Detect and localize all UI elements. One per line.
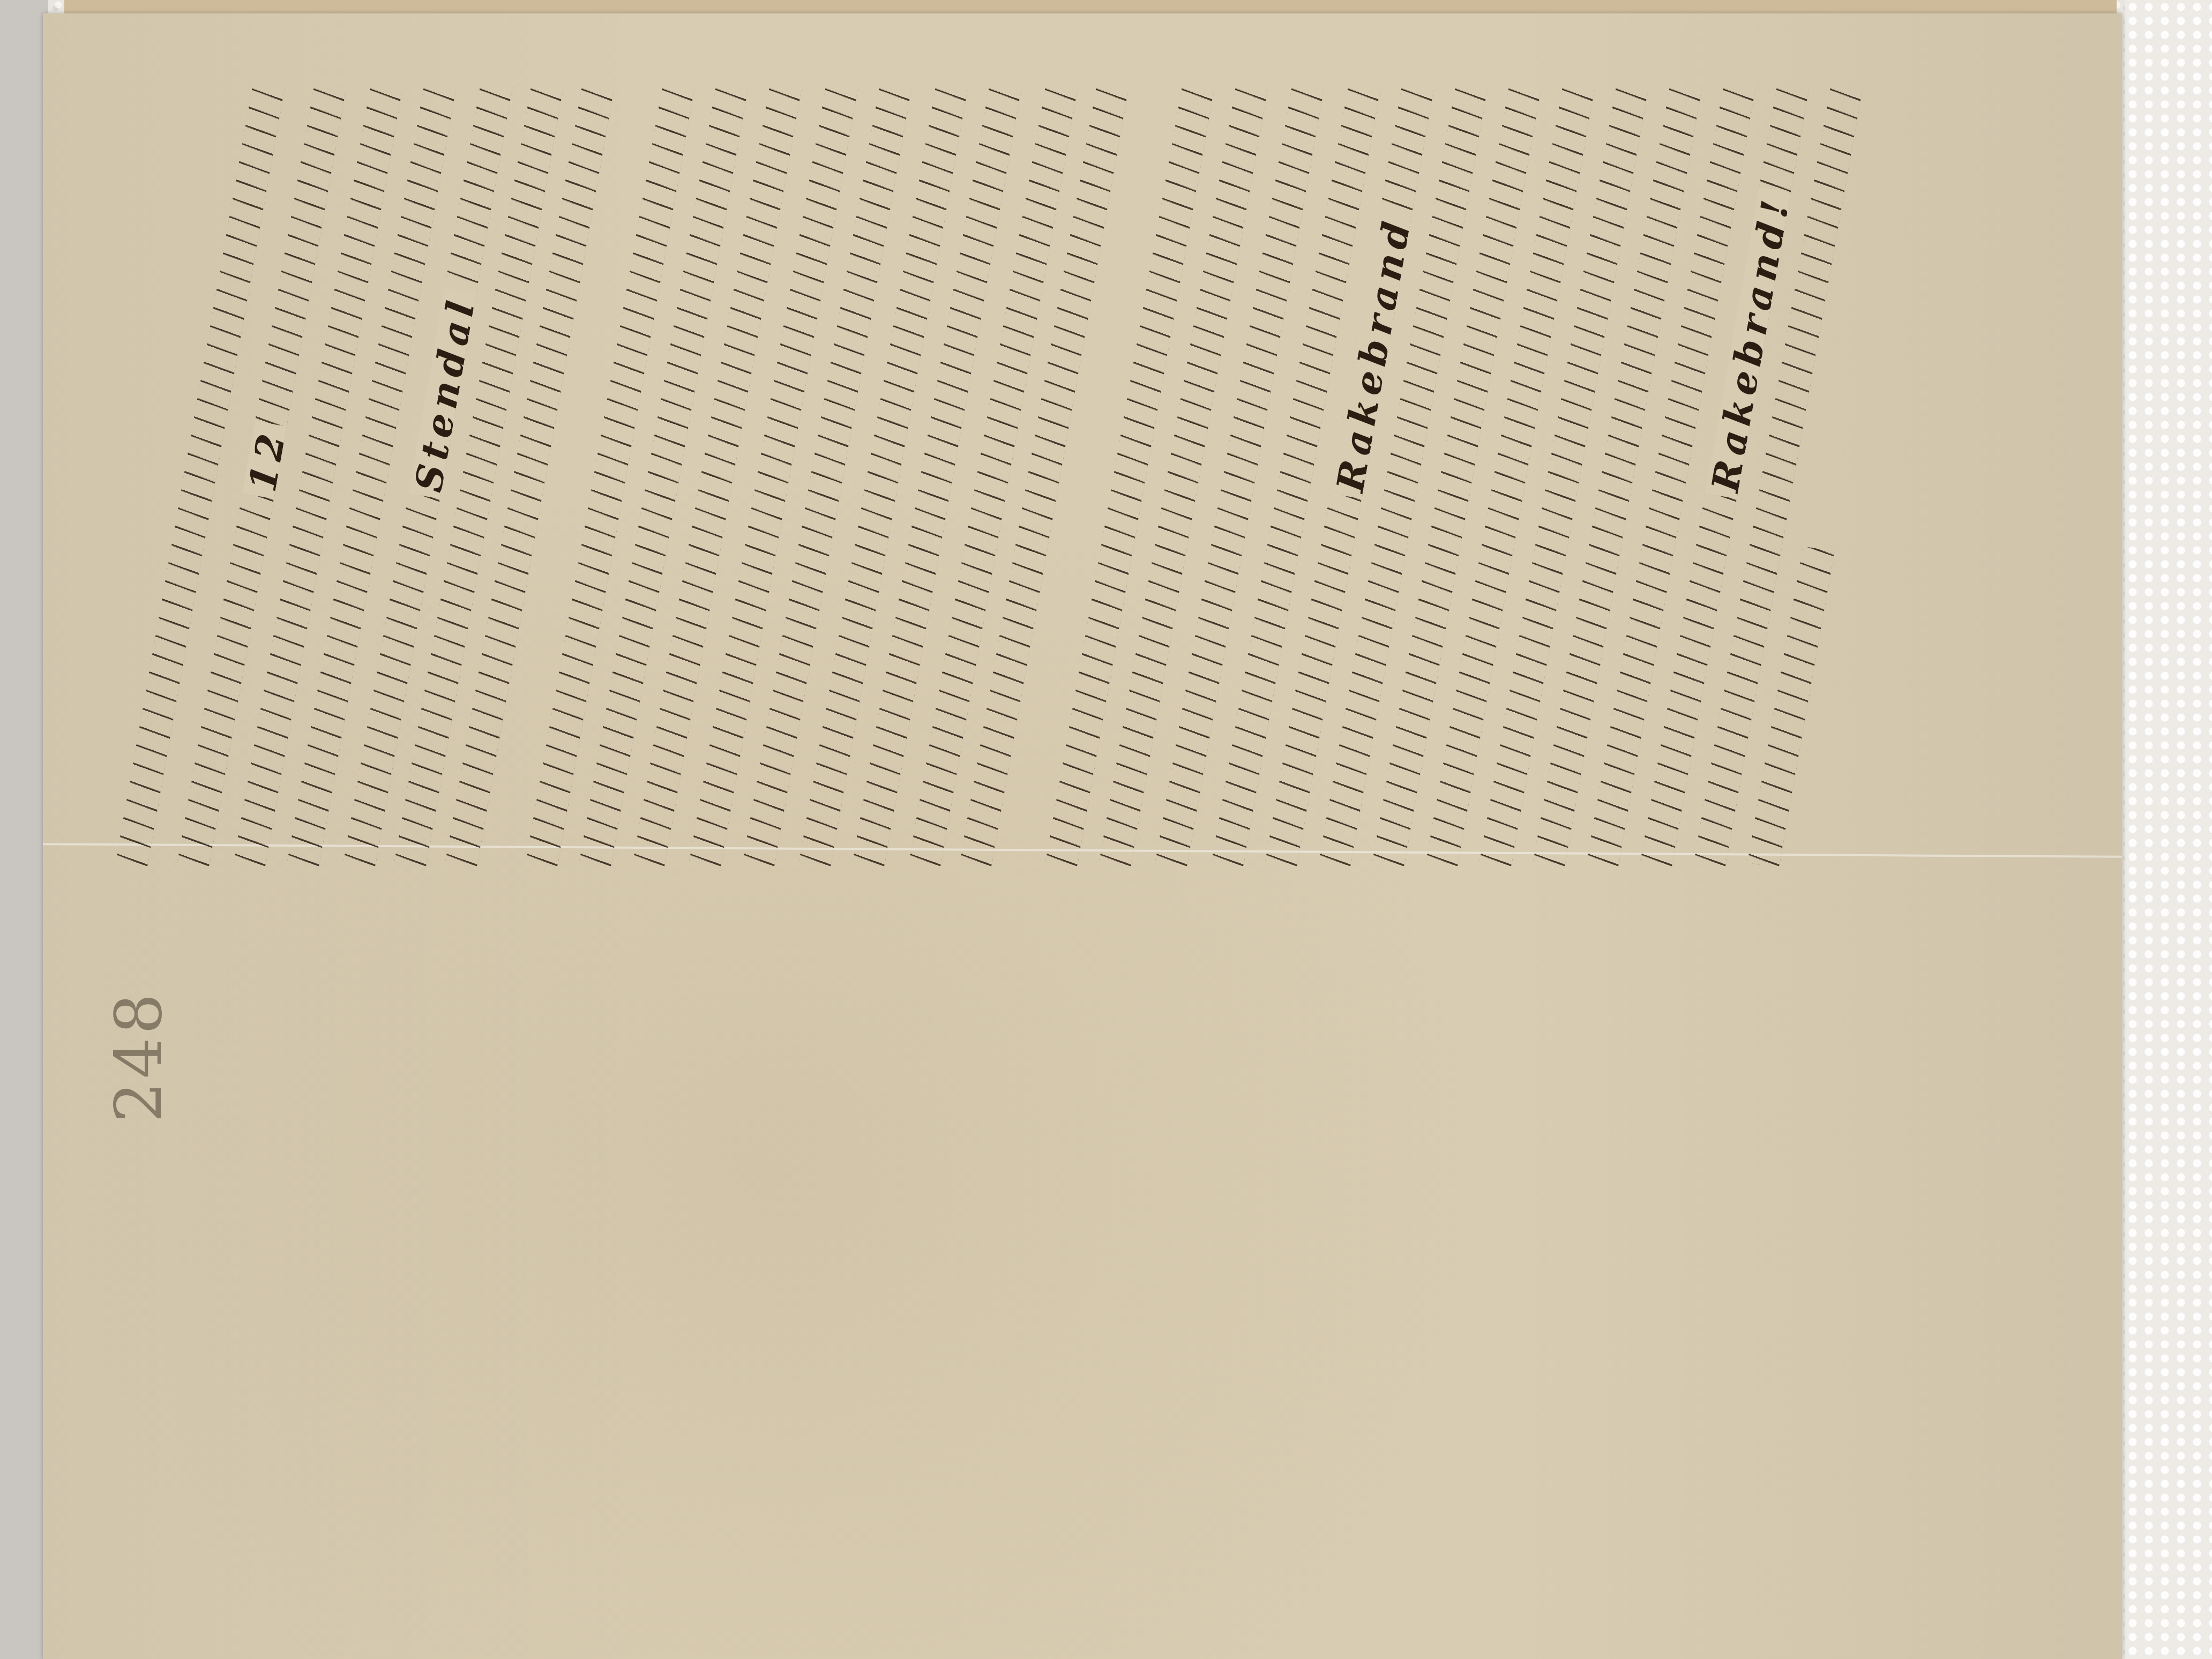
handwritten-text-block: 12StendalRakebrandRakebrand!: [43, 13, 2122, 1659]
legible-word: 12: [239, 420, 296, 500]
manuscript-page: 248 12StendalRakebrandRakebrand!: [43, 13, 2122, 1659]
background-cloth-left: [0, 0, 48, 1659]
background-cloth-right: [2125, 0, 2212, 1659]
